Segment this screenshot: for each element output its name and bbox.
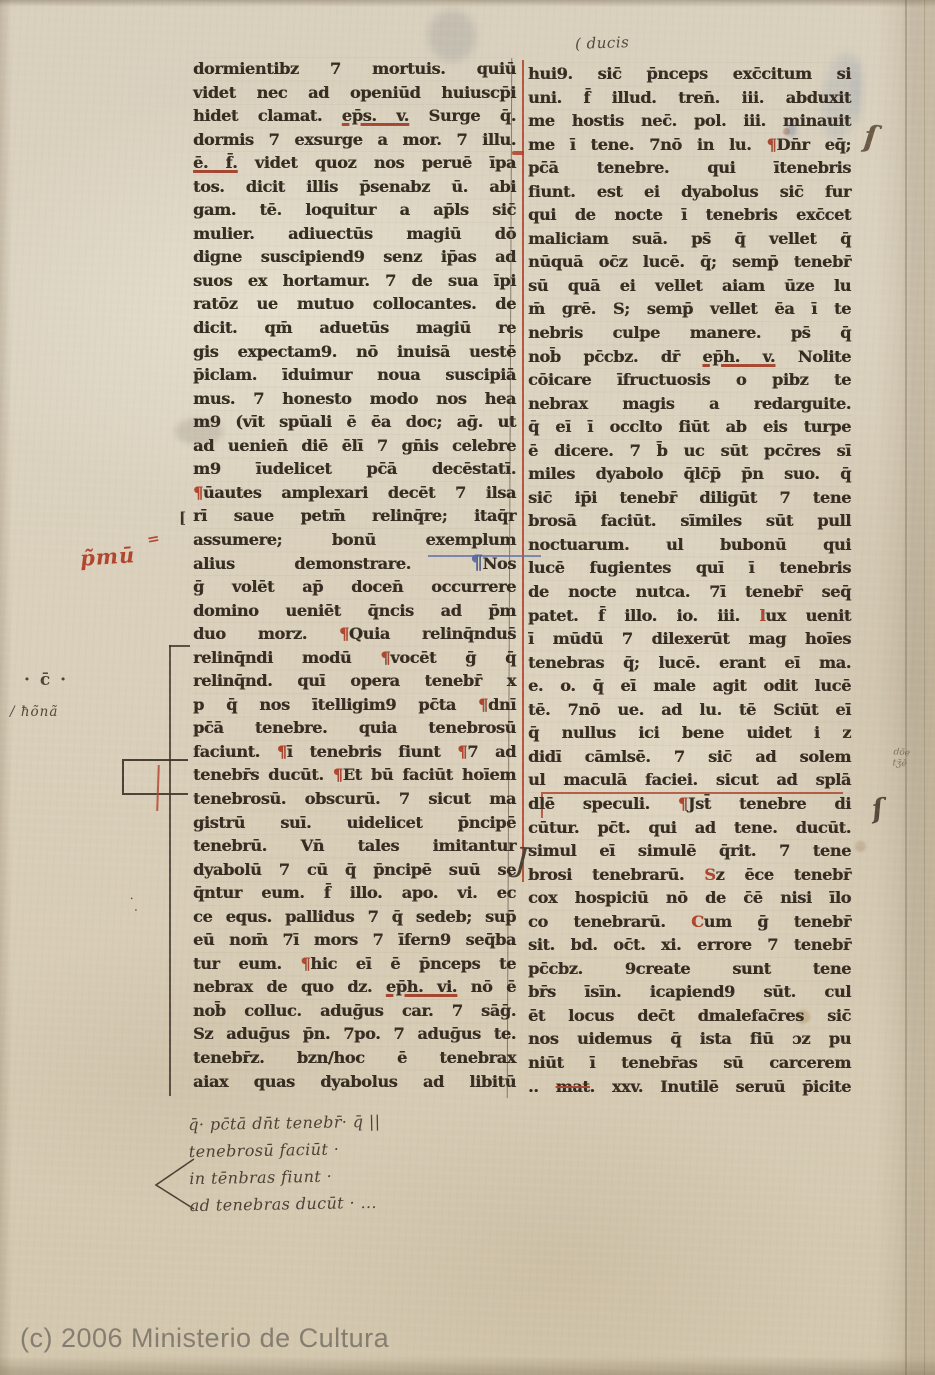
text-line: lucē fugientes quī ī tenebris (528, 556, 851, 580)
text-line: nos uidemus q̄ ista fiū ɔz pu (528, 1027, 851, 1051)
text-line: rī saue petm̄ relinq̄re; itaq̄r (193, 504, 516, 528)
copyright-watermark: (c) 2006 Ministerio de Cultura (20, 1323, 389, 1354)
text-column-left: dormientibz 7 mortuis. quiūvidet nec ad … (193, 57, 516, 1093)
ink-smudge (428, 10, 476, 62)
text-line: dlē speculi. ¶Jst̄ tenebre di (528, 792, 851, 816)
bottom-margin-note: q̄· pc̄tā dn̄t tenebr̄· q̄ ||tenebrosū f… (188, 1105, 550, 1219)
text-line: hui9. sic̄ p̄nceps exc̄citum si (528, 62, 851, 86)
text-line: relinq̄ndi modū ¶vocēt ḡ q̄ (193, 646, 516, 670)
text-line: dicit. qm̄ aduetūs magiū re (193, 316, 516, 340)
text-line: sic̄ ip̄i tenebr̄ diligūt 7 tene (528, 486, 851, 510)
text-line: simul eī simulē q̄rit. 7 tene (528, 839, 851, 863)
ink-smudge (852, 58, 862, 124)
text-line: digne suscipiend9 senz ip̄as ad (193, 245, 516, 269)
text-line: .. mat. xxv. Inutilē seruū p̄icite (528, 1075, 851, 1099)
text-line: nebrax magis a redarguite. (528, 392, 851, 416)
text-line: sit. bd. oc̄t. xi. errore 7 tenebr̄ (528, 933, 851, 957)
text-line: niūt ī tenebr̄as sū carcerem (528, 1051, 851, 1075)
text-line: cūtur. pc̄t. qui ad tene. ducūt. (528, 816, 851, 840)
text-line: gistrū suī. uidelicet p̄ncipē (193, 811, 516, 835)
text-line: me ī tene. 7nō in lu. ¶Dn̄r eq̄; (528, 133, 851, 157)
text-column-right: hui9. sic̄ p̄nceps exc̄citum siuni. f̄ i… (528, 62, 851, 1098)
margin-bracket-tick (169, 645, 190, 647)
text-line: duo morz. ¶Quia relinq̄ndus̄ (193, 622, 516, 646)
text-line: ē. f̄. videt quoz nos peruē īpa (193, 151, 516, 175)
text-line: ēt locus dec̄t dmalefac̄res sic̄ (528, 1004, 851, 1028)
text-line: e. o. q̄ eī male agit odit lucē (528, 674, 851, 698)
margin-note-primum: p̃mū (79, 542, 136, 571)
text-line: gis expectam9. nō inuisā uestē (193, 340, 516, 364)
text-line: eū nom̄ 7ī mors 7 īfern9 seq̄ba (193, 928, 516, 952)
red-equals-mark: = (146, 529, 162, 549)
text-line: gam. tē. loquitur a ap̄ls sic̄ (193, 198, 516, 222)
text-line: ratōz ue mutuo collocantes. de (193, 292, 516, 316)
margin-j-mark: J (514, 840, 529, 880)
text-line: aiax quas dyabolus ad libitū (193, 1070, 516, 1094)
word-bracket (122, 759, 188, 795)
margin-bracket-glyph: [ (179, 509, 186, 527)
text-line: tos. dicit illis p̄senabz ū. abi (193, 175, 516, 199)
text-line: noctuarum. ul bubonū qui (528, 533, 851, 557)
text-line: de nocte nutca. 7ī tenebr̄ seq̄ (528, 580, 851, 604)
text-line: p q̄ nos ītelligim9 pc̄ta ¶dnī (193, 693, 516, 717)
text-line: dormientibz 7 mortuis. quiū (193, 57, 516, 81)
catchword: ( ducis (575, 33, 630, 53)
margin-dots: · · (123, 894, 143, 916)
text-line: alius demonstrare. ¶Nos (193, 551, 516, 575)
margin-bracket-line (169, 645, 171, 1096)
text-line: q̄ nullus ici bene uidet i z (528, 721, 851, 745)
page-edge-bottom (0, 1356, 935, 1375)
parchment-crease (905, 0, 907, 1375)
text-line: nebris culpe manere. ps̄ q̄ (528, 321, 851, 345)
text-line: co tenebrarū. Cum ḡ tenebr̄ (528, 910, 851, 934)
text-line: uni. f̄ illud. tren̄. iii. abduxit (528, 86, 851, 110)
margin-note-c: · c̄ · (24, 670, 68, 690)
text-line: nūquā oc̄z lucē. q̄; semp̄ tenebr̄ (528, 250, 851, 274)
text-line: hidet clamat. ep̄s. v. Surge q̄. (193, 104, 516, 128)
text-line: tenebr̄z. bzn/hoc ē tenebrax (193, 1046, 516, 1070)
text-line: maliciam suā. ps̄ q̄ vellet q̄ (528, 227, 851, 251)
text-line: cōicare īfructuosis o pibz te (528, 368, 851, 392)
text-line: ē dicere. 7 b̄ uc sūt pcc̄res sī (528, 439, 851, 463)
text-line: didī cāmlsē. 7 sic̄ ad solem (528, 745, 851, 769)
text-line: nob̄ colluc. aduḡus car. 7 sāḡ. (193, 999, 516, 1023)
text-line: suos ex hortamur. 7 de sua īpi (193, 269, 516, 293)
text-line: m9 (vīt spūali ē ēa doc; aḡ. ut (193, 410, 516, 434)
text-line: br̄s īsīn. icapiend9 sūt. cul (528, 980, 851, 1004)
text-line: miles dyabolo q̄lc̄p̄ p̄n suo. q̄ (528, 462, 851, 486)
margin-scribble: dõe tʒ̃ē (892, 747, 910, 770)
text-line: brosi tenebrarū. Sz ēce tenebr̄ (528, 863, 851, 887)
parchment-crease (924, 0, 925, 1375)
manuscript-page: ( ducis p̃mū · c̄ · / ħõnã · · ſ ſ dõe t… (0, 0, 935, 1375)
text-line: pc̄cbz. 9create sunt tene (528, 957, 851, 981)
text-line: nob̄ pc̄cbz. dr̄ ep̄h. v. Nolite (528, 345, 851, 369)
text-line: dyabolū 7 cū q̄ p̄ncipē suū se (193, 858, 516, 882)
text-line: q̄ntur eum. f̄ illo. apo. vi. ec (193, 881, 516, 905)
text-line: pc̄ā tenebre. quia tenebrosū (193, 716, 516, 740)
page-edge-top (0, 0, 935, 7)
page-edge-left (0, 0, 12, 1375)
text-line: ce equs. pallidus 7 q̄ sedeb; sup̄ (193, 905, 516, 929)
text-line: brosā faciūt. sīmiles sūt pull (528, 509, 851, 533)
text-line: tē. 7nō ue. ad lu. tē Sciūt eī (528, 698, 851, 722)
text-line: tur eum. ¶hic eī ē p̄nceps te (193, 952, 516, 976)
text-line: ḡ volēt ap̄ docen̄ occurrere (193, 575, 516, 599)
book-fore-edge (876, 0, 935, 1375)
text-line: ul maculā faciei. sicut ad splā (528, 768, 851, 792)
parchment-spot (855, 841, 866, 852)
text-line: ad uenien̄ diē ēlī 7 gn̄is celebre (193, 434, 516, 458)
text-line: tenebr̄s ducūt. ¶Et bū faciūt hoīem (193, 763, 516, 787)
text-line: domino ueniēt q̄ncis ad p̄m (193, 599, 516, 623)
text-line: m̄ grē. S; semp̄ vellet ēa ī te (528, 297, 851, 321)
text-line: ī mūdū 7 dilexerūt mag hoīes (528, 627, 851, 651)
text-line: Sz aduḡus p̄n. 7po. 7 aduḡus te. (193, 1022, 516, 1046)
text-line: pc̄ā tenebre. qui ītenebris (528, 156, 851, 180)
text-line: m9 īudelicet pc̄ā decēstatī. (193, 457, 516, 481)
text-line: ¶ūautes amplexari decēt 7 ilsa (193, 481, 516, 505)
text-line: tenebras q̄; lucē. erant eī ma. (528, 651, 851, 675)
red-gutter-line (522, 60, 524, 882)
text-line: qui de nocte ī tenebris exc̄cet (528, 203, 851, 227)
text-line: mulier. adiuectūs magiū dō (193, 222, 516, 246)
note-line: ad tenebras ducūt · ... (189, 1186, 549, 1219)
text-line: q̄ eī ī occlto fiūt ab eis turpe (528, 415, 851, 439)
text-line: sū quā ei vellet aiam ūze lu (528, 274, 851, 298)
text-line: cox hospiciū nō de c̄ē nisi īlo (528, 886, 851, 910)
text-line: dormis 7 exsurge a mor. 7 illu. (193, 128, 516, 152)
text-line: videt nec ad openiūd huiuscp̄i (193, 81, 516, 105)
text-line: assumere; bonū exemplum (193, 528, 516, 552)
text-line: fiunt. est ei dyabolus sic̄ fur (528, 180, 851, 204)
text-line: tenebrū. Vn̄ tales imitantur (193, 834, 516, 858)
text-line: nebrax de quo dz. ep̄h. vi. nō ē (193, 975, 516, 999)
text-line: faciunt. ¶ī tenebris fiunt ¶7 ad (193, 740, 516, 764)
text-line: tenebrosū. obscurū. 7 sicut ma (193, 787, 516, 811)
text-line: patet. f̄ illo. io. iii. lux uenit (528, 604, 851, 628)
text-line: p̄iclam. īduimur noua suscipiā (193, 363, 516, 387)
text-line: mus. 7 honesto modo nos hea (193, 387, 516, 411)
text-line: relinq̄nd. quī opera tenebr̄ x (193, 669, 516, 693)
margin-note-hona: / ħõnã (10, 704, 58, 720)
text-line: me hostis nec̄. pol. iii. minauit (528, 109, 851, 133)
